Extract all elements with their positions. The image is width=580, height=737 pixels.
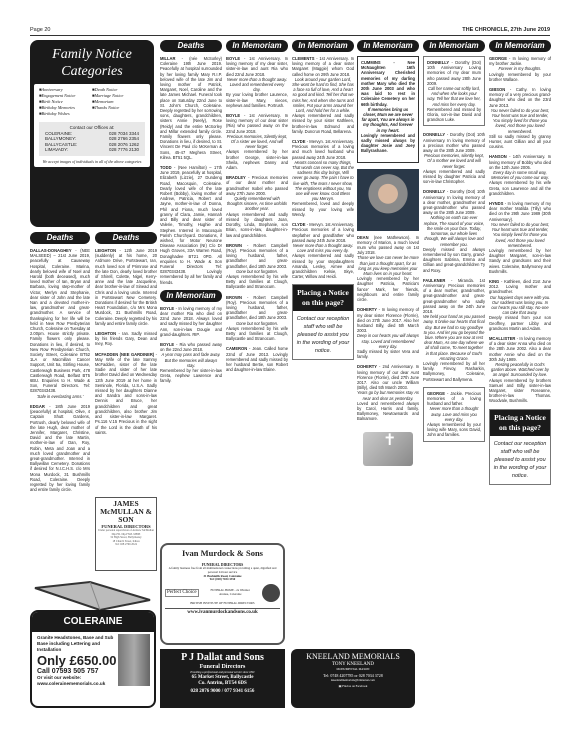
deceased-name: CLYDE bbox=[292, 222, 306, 227]
notice-entry: GIBSON - Cathy. In loving memory of a ve… bbox=[489, 87, 551, 149]
in-memoriam-header: In Memoriam bbox=[160, 290, 222, 302]
notice-text: GIBSON - Cathy. In loving memory of a ve… bbox=[489, 87, 551, 108]
notice-entry: BROWN - Robert Campbell (Roy). Precious … bbox=[226, 295, 288, 342]
notice-text: LEIGHTON - 12th June 2019 (suddenly) at … bbox=[95, 248, 157, 326]
kneeland-role: MONUMENTAL MASON bbox=[291, 667, 415, 671]
deceased-name: LEIGHTON bbox=[95, 248, 116, 253]
placing-body: Contact our reception staff who will be … bbox=[293, 311, 353, 359]
notice-entry: LEIGHTON - Ian. Sadly missed by his frie… bbox=[95, 331, 157, 347]
mcmullan-name: JAMES McMULLAN & SON bbox=[98, 500, 154, 524]
notice-signoff: Always remembered by your loving wife Ma… bbox=[427, 422, 481, 438]
deceased-name: CLEMENTS bbox=[292, 56, 315, 61]
office-name: LIMAVADY: bbox=[45, 147, 68, 153]
perfect-choice-logo: Perfect Choice bbox=[165, 589, 199, 597]
notice-text: FAULKNER - Miranda. 1st Anniversary. Pre… bbox=[423, 278, 485, 314]
notice-verse: Our happiest days were with you. Our sad… bbox=[489, 295, 551, 316]
notice-entry: KING - Kathleen, died 21st June 2012. Lo… bbox=[489, 279, 551, 331]
dallat-address-2: Co. Antrim, BT54 6DS bbox=[160, 681, 285, 687]
coleraine-title: COLERAINE MEMORIALS bbox=[32, 612, 154, 632]
dallat-sub: Funeral Directors bbox=[160, 664, 285, 670]
notice-text: DONNELLY - Dorothy (Dot) 10th Anniversar… bbox=[427, 60, 481, 86]
category-item: Thanks Notice bbox=[92, 105, 145, 111]
notice-text: TODD - (Nee Hamilton) – 17th June 2019, … bbox=[160, 165, 222, 285]
notice-text: MCALLISTER - In loving memory of a dear … bbox=[489, 336, 551, 362]
placing-notice-box: Placing a Notice on this page? Contact o… bbox=[489, 409, 551, 485]
notice-signoff: Always remembered and sadly missed by yo… bbox=[292, 253, 354, 279]
notice-verse: You never failed to do your best, Your h… bbox=[489, 108, 551, 134]
funeral-home: FUNERAL HOME - 2a Windsor Avenue, Colera… bbox=[210, 589, 250, 597]
notice-signoff: Remembered by her sister-in-law Greta, n… bbox=[160, 368, 222, 384]
kneeland-name: KNEELAND MEMORIALS bbox=[291, 652, 415, 662]
notice-text: CLYDE - Mervyn. 1st Anniversary. Preciou… bbox=[292, 222, 354, 243]
notice-entry: FAULKNER - Miranda. 1st Anniversary. Pre… bbox=[423, 278, 485, 382]
in-memoriam-header: In Memoriam bbox=[423, 40, 485, 52]
deceased-name: LEIGHTON bbox=[95, 331, 116, 336]
column-6: In Memoriam CUMMINS - Nee McNaughten 16t… bbox=[357, 40, 419, 470]
notice-text: MCFADDEN (NEE GARDINER) - May Wife of th… bbox=[95, 352, 157, 435]
murdock-tel: Tel: (028) 7034 3350 bbox=[165, 578, 280, 582]
accept-note: We accept images of individuals in all o… bbox=[39, 159, 145, 164]
in-memoriam-header: In Memoriam bbox=[226, 40, 288, 52]
notice-entry: DEAN (nee Mathewson). In memory of Mario… bbox=[357, 235, 419, 303]
notice-signoff: Still so sadly missed by granny Hunter, … bbox=[489, 134, 551, 150]
notice-verse: Precious memories, silently kept, Of a m… bbox=[423, 153, 485, 169]
notice-signoff: Sadly missed by sister Vera and family. bbox=[357, 349, 419, 359]
placing-title: Placing a Notice on this page? bbox=[293, 285, 353, 311]
notice-verse: Never more than a thought away. Loved an… bbox=[226, 77, 288, 93]
notice-entry: BOYLE - Ria who passed away on the 22nd … bbox=[160, 342, 222, 384]
murdock-name: Ivan Murdock & Sons bbox=[165, 548, 280, 558]
notice-signoff: Always remembered by his wife Betty and … bbox=[226, 274, 288, 290]
notice-signoff: By your loving brother Laurence, sister-… bbox=[226, 92, 288, 108]
notice-entry: DOHERTY - In loving memory of my dear si… bbox=[357, 307, 419, 359]
page-number: Page 20 bbox=[30, 27, 51, 35]
deaths-header: Deaths bbox=[30, 232, 90, 244]
notice-entry: CLYDE - Mervyn. 1st Anniversary. Preciou… bbox=[292, 222, 354, 279]
notice-entry: BRADLEY - Precious memories of our dear … bbox=[226, 175, 288, 237]
notice-entry: CLYDE - Mervyn. 1st Anniversary. Preciou… bbox=[292, 139, 354, 217]
office-row: LIMAVADY:028 7776 2130 bbox=[45, 147, 139, 153]
notice-signoff: Remembered and missed by Gloria, son-in-… bbox=[427, 107, 481, 123]
mcmullan-ad: JAMES McMULLAN & SON FUNERAL DIRECTORS U… bbox=[95, 497, 157, 571]
notice-verse: We held your hand as you passed away. It… bbox=[423, 314, 485, 361]
notice-signoff: Always remembered by his wife Greta, son… bbox=[489, 180, 551, 196]
notice-signoff: Always remembered by his wife Betty and … bbox=[226, 326, 288, 342]
notice-verse: 'Safe in everlasting arms.' bbox=[30, 394, 90, 399]
deceased-name: GIBSON bbox=[489, 87, 505, 92]
notice-text: MILLAR - (née McSorley) Coleraine 19th J… bbox=[160, 56, 222, 160]
column-5: In Memoriam CLEMENTS - 1st Anniversary. … bbox=[292, 40, 354, 360]
mcmullan-tel: Tel: 028 2766 2024 bbox=[98, 543, 154, 547]
deceased-name: DEAN bbox=[357, 235, 369, 240]
deceased-name: BOYLE bbox=[226, 56, 240, 61]
notice-text: CUMMINS - Nee McNaughten 16th Anniversar… bbox=[361, 60, 415, 107]
notice-entry: DONNELLY - Dorothy (Dot) 10th Anniversar… bbox=[423, 132, 485, 184]
notice-entry: GEORGE - In loving memory of my brother … bbox=[489, 56, 551, 82]
coleraine-offer: Granite Headstones, Base and Sub Base in… bbox=[37, 635, 117, 653]
facebook-link[interactable]: ▣ Find us on Facebook bbox=[291, 684, 415, 688]
column-4: In Memoriam BOYLE - 1st Anniversary. In … bbox=[226, 40, 288, 377]
notice-signoff: Always remembered and sadly missed by da… bbox=[226, 212, 288, 238]
notice-text: KING - Kathleen, died 21st June 2012. Lo… bbox=[489, 279, 551, 295]
notice-entry: DONNELLY - Dorothy (Dot) 10th Anniversar… bbox=[423, 56, 485, 126]
deaths-header: Deaths bbox=[95, 232, 157, 244]
notice-text: HYNDS - In loving memory of my dear moth… bbox=[489, 201, 551, 222]
notice-entry: CAMERON - Jean. Called home 22nd of June… bbox=[226, 346, 288, 372]
notice-text: EDGAR - 18th June 2019 (peacefully) at h… bbox=[30, 404, 90, 492]
notice-text: CAMERON - Jean. Called home 22nd of June… bbox=[226, 346, 288, 372]
column-7: In Memoriam DONNELLY - Dorothy (Dot) 10t… bbox=[423, 40, 485, 448]
in-memoriam-header: In Memoriam bbox=[489, 40, 551, 52]
notice-signoff: Remembered, loved and deeply missed by y… bbox=[292, 201, 354, 217]
kneeland-memorials-ad: KNEELAND MEMORIALS TONY KNEELAND MONUMEN… bbox=[291, 649, 415, 708]
notice-verse: Look around your garden Lord, She wont b… bbox=[292, 77, 354, 113]
notice-verse: Resting peacefully in God's garden above… bbox=[489, 362, 551, 378]
notice-entry: HYNDS - In loving memory of my dear moth… bbox=[489, 201, 551, 274]
column-2: Deaths LEIGHTON - 12th June 2019 (sudden… bbox=[95, 232, 157, 440]
notice-text: DOHERTY - In loving memory of my dear si… bbox=[357, 307, 419, 333]
in-memoriam-header: In Memoriam bbox=[292, 40, 354, 52]
notice-verse: Precious memories, Silently kept, Of a s… bbox=[226, 134, 288, 150]
headstone-image bbox=[118, 634, 150, 686]
notice-entry: DALLAS-DONAGHEY - (NEE MALSEED) – 21st J… bbox=[30, 248, 90, 399]
deceased-name: BROWN bbox=[226, 243, 242, 248]
notice-verse: You never failed to do your best, Your h… bbox=[489, 222, 551, 248]
notice-text: LEIGHTON - Ian. Sadly missed by his frie… bbox=[95, 331, 157, 347]
placing-title: Placing a Notice on this page? bbox=[490, 410, 550, 436]
notice-signoff: Always remembered and sadly missed by da… bbox=[423, 169, 485, 185]
pj-dallat-ad: P J Dallat and Sons Funeral Directors Pr… bbox=[160, 649, 285, 708]
ivan-murdock-ad: Ivan Murdock & Sons FUNERAL DIRECTORS A … bbox=[160, 543, 285, 645]
deceased-name: MCALLISTER bbox=[489, 336, 515, 341]
notice-entry: EDGAR - 18th June 2019 (peacefully) at h… bbox=[30, 404, 90, 492]
notice-entry: MCFADDEN (NEE GARDINER) - May Wife of th… bbox=[95, 352, 157, 435]
portrait-photo bbox=[357, 169, 419, 231]
notice-text: BOYLE - 1st Anniversary. In loving memor… bbox=[226, 56, 288, 77]
institute-crest-icon bbox=[262, 584, 280, 602]
column-8: In Memoriam GEORGE - In loving memory of… bbox=[489, 40, 551, 485]
deceased-name: DALLAS-DONAGHEY bbox=[30, 248, 72, 253]
notice-text: BOYLE - 1st Anniversary. In loving memor… bbox=[226, 113, 288, 134]
family-notice-categories-box: Family Notice Categories AnniversaryDeat… bbox=[30, 40, 154, 227]
notice-verse: Years go by but memories stay As near an… bbox=[357, 390, 419, 400]
notice-signoff: Lovingly remembered by your brother Wall… bbox=[489, 72, 551, 82]
deceased-name: TODD bbox=[160, 165, 172, 170]
notice-signoff: Lovingly remembered by all her family. F… bbox=[423, 361, 485, 382]
notice-entry: DONNELLY - Dorothy (Dot) 10th Anniversar… bbox=[423, 189, 485, 272]
deceased-name: DONNELLY bbox=[423, 189, 445, 194]
deaths-header: Deaths bbox=[160, 40, 222, 52]
notice-verse: If memories bring us closer, Mum we are … bbox=[361, 107, 415, 133]
notice-entry: MCALLISTER - In loving memory of a dear … bbox=[489, 336, 551, 404]
notice-verse: Never more than a thought away. Love and… bbox=[292, 243, 354, 253]
notice-entry: LEIGHTON - 12th June 2019 (suddenly) at … bbox=[95, 248, 157, 326]
notice-text: DONNELLY - Dorothy (Dot) 10th Anniversar… bbox=[423, 189, 485, 215]
notice-entry: BOYLE - 1st Anniversary. In loving memor… bbox=[226, 56, 288, 108]
call-label: Call bbox=[37, 668, 50, 675]
notice-signoff: Lovingly remembered by her daughter Patr… bbox=[357, 276, 419, 302]
notice-entry: HANSON - 14th Anniversary. In loving mem… bbox=[489, 154, 551, 196]
notice-verse: Nothing on earth can ever replace, The s… bbox=[423, 215, 485, 246]
notice-text: BROWN - Robert Campbell (Roy). Precious … bbox=[226, 295, 288, 321]
deceased-name: CLYDE bbox=[292, 139, 306, 144]
notice-signoff: Always remembered by her brother George,… bbox=[226, 149, 288, 170]
deceased-name: CAMERON bbox=[226, 346, 247, 351]
notice-verse: Every day in some small way, Memories of… bbox=[489, 170, 551, 180]
facebook-label: Find us on Facebook bbox=[342, 684, 367, 688]
notice-text: DOHERTY - 2nd Anniversary. In loving mem… bbox=[357, 364, 419, 390]
dallat-name: P J Dallat and Sons bbox=[160, 652, 285, 664]
notice-entry: MILLAR - (née McSorley) Coleraine 19th J… bbox=[160, 56, 222, 160]
deceased-name: DOHERTY bbox=[357, 364, 377, 369]
notice-verse: Call her name out softly lord, And when … bbox=[427, 86, 481, 107]
notice-signoff: Always remembered and sadly missed by yo… bbox=[292, 113, 354, 134]
deceased-name: DONNELLY bbox=[427, 60, 449, 65]
page-header: Page 20 THE CHRONICLE, 27th June 2019 bbox=[30, 27, 550, 36]
notice-entry: BOYLE - In loving memory of my dear moth… bbox=[160, 306, 222, 337]
coleraine-phone: 07593 505 757 bbox=[52, 668, 99, 675]
notice-text: BOYLE - Ria who passed away on the 22nd … bbox=[160, 342, 222, 352]
notice-signoff: Lovingly remembered by her daughter Marg… bbox=[489, 248, 551, 274]
notice-text: CLYDE - Mervyn. 1st Anniversary. Preciou… bbox=[292, 139, 354, 160]
notice-entry: TODD - (Nee Hamilton) – 17th June 2019, … bbox=[160, 165, 222, 285]
in-memoriam-header: In Memoriam bbox=[357, 40, 419, 52]
notice-signoff: Always remembered by brothers Samuel and… bbox=[489, 378, 551, 404]
deceased-name: FAULKNER bbox=[423, 278, 445, 283]
cummins-notice: CUMMINS - Nee McNaughten 16th Anniversar… bbox=[357, 56, 419, 163]
notice-verse: Never more than a thought away. Love and… bbox=[427, 406, 481, 422]
deceased-name: DOHERTY bbox=[357, 307, 377, 312]
office-phone: 028 7776 2130 bbox=[109, 147, 139, 153]
deceased-name: BOYLE bbox=[226, 113, 240, 118]
notice-text: HANSON - 14th Anniversary. In loving mem… bbox=[489, 154, 551, 170]
notice-signoff: Lovingly remembered and sadly missed alw… bbox=[361, 133, 415, 154]
notice-entry: CLEMENTS - 1st Anniversary. In loving me… bbox=[292, 56, 354, 134]
deceased-name: HANSON bbox=[489, 154, 507, 159]
notice-signoff: Deeply missed and always remembered by s… bbox=[423, 247, 485, 273]
open-bible-graphic bbox=[30, 580, 155, 612]
murdock-website: www.ivanmurdockandsons.co.uk bbox=[165, 608, 280, 615]
deceased-name: BOYLE bbox=[160, 342, 174, 347]
notice-text: GEORGE - Jackie. Precious memories of a … bbox=[427, 391, 481, 407]
mcmullan-supervision: Under personal supervision of Andrew McM… bbox=[98, 529, 154, 536]
deceased-name: HYNDS bbox=[489, 201, 503, 206]
notice-text: BOYLE - In loving memory of my dear moth… bbox=[160, 306, 222, 337]
notice-text: GEORGE - In loving memory of my brother … bbox=[489, 56, 551, 66]
murdock-institute: BRITISH INSTITUTE OF FUNERAL DIRECTORS bbox=[165, 602, 280, 606]
notice-verse: Quietly remembered with thoughts sincere… bbox=[226, 196, 288, 212]
dallat-phones: 028 2076 9000 / 077 9341 6156 bbox=[160, 689, 285, 695]
notice-entry: BOYLE - 1st Anniversary. In loving memor… bbox=[226, 113, 288, 170]
deceased-name: MCFADDEN (NEE GARDINER) bbox=[95, 352, 154, 357]
notice-entry: BROWN - Robert Campbell (Roy). Precious … bbox=[226, 243, 288, 290]
notice-verse: Hearts conceal so many things, That word… bbox=[292, 160, 354, 202]
deceased-name: GEORGE bbox=[427, 391, 445, 396]
notice-entry: GEORGE - Jackie. Precious memories of a … bbox=[423, 387, 485, 442]
deceased-name: EDGAR bbox=[30, 404, 45, 409]
deceased-name: DONNELLY bbox=[423, 132, 445, 137]
kneeland-email: kneelandmemorials@btinternet.com bbox=[291, 678, 415, 682]
notice-entry: CUMMINS - Nee McNaughten 16th Anniversar… bbox=[361, 60, 415, 154]
notice-signoff: Loved and remembered always by Carol, Ha… bbox=[357, 401, 419, 422]
notice-verse: Deep in our hearts you will always stay.… bbox=[357, 333, 419, 349]
placing-body: Contact our reception staff who will be … bbox=[490, 436, 550, 484]
notice-text: DEAN (nee Mathewson). In memory of Mario… bbox=[357, 235, 419, 256]
placing-notice-box: Placing a Notice on this page? Contact o… bbox=[292, 284, 354, 360]
notice-text: CLEMENTS - 1st Anniversary. In loving me… bbox=[292, 56, 354, 77]
fnc-title: Family Notice Categories bbox=[34, 46, 150, 80]
category-list: AnniversaryDeath NoticeEngagement Notice… bbox=[39, 87, 145, 117]
notice-signoff: Deeply missed from your son Geoffrey, pa… bbox=[489, 315, 551, 331]
notice-text: DALLAS-DONAGHEY - (NEE MALSEED) – 21st J… bbox=[30, 248, 90, 394]
notice-text: BRADLEY - Precious memories of our dear … bbox=[226, 175, 288, 196]
deceased-name: GEORGE bbox=[489, 56, 507, 61]
masthead-date: THE CHRONICLE, 27th June 2019 bbox=[462, 27, 550, 35]
deceased-name: BROWN bbox=[226, 295, 242, 300]
notice-text: BROWN - Robert Campbell (Roy). Precious … bbox=[226, 243, 288, 269]
deceased-name: BOYLE bbox=[160, 306, 174, 311]
bible-icon bbox=[363, 432, 413, 466]
notice-text: DONNELLY - Dorothy (Dot) 10th Anniversar… bbox=[423, 132, 485, 153]
category-item: Birthday Wishes bbox=[39, 111, 92, 117]
notice-verse: Those we love can never be more than jus… bbox=[357, 255, 419, 276]
notice-verse: A year may pass and fade away. But the m… bbox=[160, 352, 222, 368]
column-3: Deaths MILLAR - (née McSorley) Coleraine… bbox=[160, 40, 222, 389]
notice-entry: DOHERTY - 2nd Anniversary. In loving mem… bbox=[357, 364, 419, 421]
coleraine-memorials-ad: COLERAINE MEMORIALS Granite Headstones, … bbox=[30, 610, 156, 708]
column-1: Deaths DALLAS-DONAGHEY - (NEE MALSEED) –… bbox=[30, 232, 90, 497]
deceased-name: KING bbox=[489, 279, 499, 284]
dallat-tagline: Providing a professional and personal se… bbox=[160, 671, 285, 674]
deceased-name: CUMMINS bbox=[361, 60, 381, 65]
deceased-name: BRADLEY bbox=[226, 175, 246, 180]
contact-offices: Contact our Offices at: COLERAINE:028 70… bbox=[39, 122, 145, 156]
deceased-name: MILLAR bbox=[160, 56, 175, 61]
